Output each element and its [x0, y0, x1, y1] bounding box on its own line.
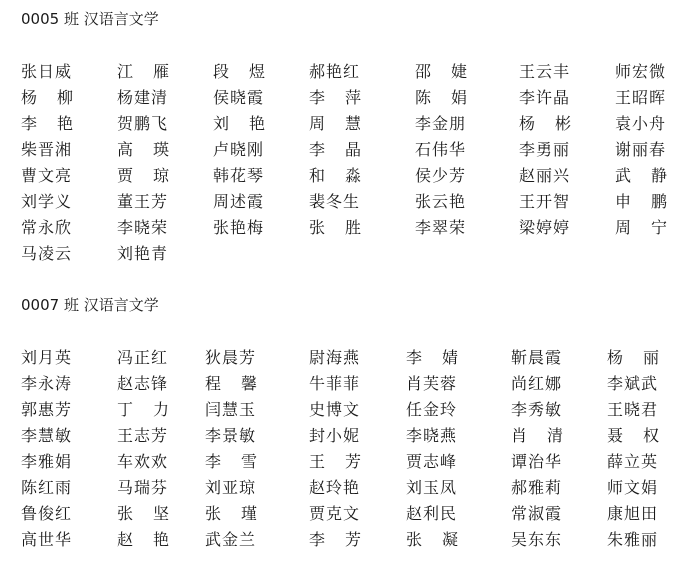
student-name: 高瑛: [117, 137, 169, 163]
student-name: 李雪: [205, 449, 257, 475]
student-name: 杨柳: [21, 85, 73, 111]
name-row: 杨柳杨建清侯晓霞李萍陈娟李许晶王昭晖: [0, 85, 697, 111]
student-name: 狄晨芳: [205, 345, 256, 371]
student-name: 朱雅丽: [607, 527, 658, 553]
student-name: 肖清: [511, 423, 563, 449]
student-name: 吴东东: [511, 527, 562, 553]
student-name: 张坚: [117, 501, 169, 527]
name-row: 刘月英冯正红狄晨芳尉海燕李婧靳晨霞杨丽: [0, 345, 697, 371]
student-name: 贾克文: [309, 501, 360, 527]
student-name: 李萍: [309, 85, 361, 111]
student-name: 陈红雨: [21, 475, 72, 501]
student-name: 申鹏: [615, 189, 667, 215]
section-heading: 0007 班 汉语言文学: [21, 296, 159, 314]
student-name: 尉海燕: [309, 345, 360, 371]
student-name: 李勇丽: [519, 137, 570, 163]
student-name: 李晓燕: [406, 423, 457, 449]
student-name: 郭惠芳: [21, 397, 72, 423]
student-name: 李秀敏: [511, 397, 562, 423]
student-name: 李芳: [309, 527, 361, 553]
student-name: 王芳: [309, 449, 361, 475]
student-name: 李婧: [406, 345, 458, 371]
student-name: 谢丽春: [615, 137, 666, 163]
student-name: 常淑霞: [511, 501, 562, 527]
student-name: 靳晨霞: [511, 345, 562, 371]
student-name: 王开智: [519, 189, 570, 215]
student-name: 侯少芳: [415, 163, 466, 189]
student-name: 杨彬: [519, 111, 571, 137]
student-name: 常永欣: [21, 215, 72, 241]
name-row: 高世华赵艳武金兰李芳张凝吴东东朱雅丽: [0, 527, 697, 553]
name-row: 曹文亮贾琼韩花琴和淼侯少芳赵丽兴武静: [0, 163, 697, 189]
student-name: 侯晓霞: [213, 85, 264, 111]
student-name: 李翠荣: [415, 215, 466, 241]
student-name: 谭治华: [511, 449, 562, 475]
student-name: 杨建清: [117, 85, 168, 111]
student-name: 车欢欢: [117, 449, 168, 475]
student-name: 陈娟: [415, 85, 467, 111]
student-name: 李永涛: [21, 371, 72, 397]
student-name: 薛立英: [607, 449, 658, 475]
student-name: 聂权: [607, 423, 659, 449]
name-row: 李艳贺鹏飞刘艳周慧李金朋杨彬袁小舟: [0, 111, 697, 137]
name-row: 郭惠芳丁力闫慧玉史博文任金玲李秀敏王晓君: [0, 397, 697, 423]
student-name: 刘艳: [213, 111, 265, 137]
student-name: 李雅娟: [21, 449, 72, 475]
student-name: 周慧: [309, 111, 361, 137]
student-name: 马凌云: [21, 241, 72, 267]
student-name: 韩花琴: [213, 163, 264, 189]
student-name: 程馨: [205, 371, 257, 397]
student-name: 张日威: [21, 59, 72, 85]
name-row: 李永涛赵志锋程馨牛菲菲肖芙蓉尚红娜李斌武: [0, 371, 697, 397]
student-name: 赵利民: [406, 501, 457, 527]
name-row: 李雅娟车欢欢李雪王芳贾志峰谭治华薛立英: [0, 449, 697, 475]
name-row: 柴晋湘高瑛卢晓刚李晶石伟华李勇丽谢丽春: [0, 137, 697, 163]
student-name: 王志芳: [117, 423, 168, 449]
student-name: 刘学义: [21, 189, 72, 215]
student-name: 李慧敏: [21, 423, 72, 449]
student-name: 刘艳青: [117, 241, 168, 267]
student-name: 杨丽: [607, 345, 659, 371]
student-name: 李艳: [21, 111, 73, 137]
student-name: 师宏微: [615, 59, 666, 85]
student-name: 李景敏: [205, 423, 256, 449]
student-name: 郝艳红: [309, 59, 360, 85]
student-name: 周述霞: [213, 189, 264, 215]
student-name: 任金玲: [406, 397, 457, 423]
student-name: 张瑾: [205, 501, 257, 527]
student-name: 王云丰: [519, 59, 570, 85]
student-name: 张胜: [309, 215, 361, 241]
student-name: 和淼: [309, 163, 361, 189]
student-name: 梁婷婷: [519, 215, 570, 241]
name-row: 李慧敏王志芳李景敏封小妮李晓燕肖清聂权: [0, 423, 697, 449]
student-name: 江雁: [117, 59, 169, 85]
student-name: 邵婕: [415, 59, 467, 85]
student-name: 裴冬生: [309, 189, 360, 215]
name-row: 刘学义董王芳周述霞裴冬生张云艳王开智申鹏: [0, 189, 697, 215]
student-name: 康旭田: [607, 501, 658, 527]
student-name: 闫慧玉: [205, 397, 256, 423]
student-name: 马瑞芬: [117, 475, 168, 501]
student-name: 师文娟: [607, 475, 658, 501]
section-heading: 0005 班 汉语言文学: [21, 10, 159, 28]
name-row: 张日威江雁段煜郝艳红邵婕王云丰师宏微: [0, 59, 697, 85]
student-name: 王昭晖: [615, 85, 666, 111]
name-row: 陈红雨马瑞芬刘亚琼赵玲艳刘玉凤郝雅莉师文娟: [0, 475, 697, 501]
student-name: 赵志锋: [117, 371, 168, 397]
student-name: 李金朋: [415, 111, 466, 137]
student-name: 史博文: [309, 397, 360, 423]
student-name: 贺鹏飞: [117, 111, 168, 137]
student-name: 王晓君: [607, 397, 658, 423]
student-name: 曹文亮: [21, 163, 72, 189]
student-name: 张云艳: [415, 189, 466, 215]
student-name: 周宁: [615, 215, 667, 241]
student-name: 李斌武: [607, 371, 658, 397]
student-name: 高世华: [21, 527, 72, 553]
name-row: 马凌云刘艳青: [0, 241, 697, 267]
student-name: 武静: [615, 163, 667, 189]
student-name: 刘月英: [21, 345, 72, 371]
student-name: 肖芙蓉: [406, 371, 457, 397]
student-name: 董王芳: [117, 189, 168, 215]
student-name: 牛菲菲: [309, 371, 360, 397]
name-row: 常永欣李晓荣张艳梅张胜李翠荣梁婷婷周宁: [0, 215, 697, 241]
student-name: 刘亚琼: [205, 475, 256, 501]
student-name: 丁力: [117, 397, 169, 423]
student-name: 贾志峰: [406, 449, 457, 475]
student-name: 段煜: [213, 59, 265, 85]
student-name: 张凝: [406, 527, 458, 553]
name-row: 鲁俊红张坚张瑾贾克文赵利民常淑霞康旭田: [0, 501, 697, 527]
student-name: 贾琼: [117, 163, 169, 189]
student-name: 柴晋湘: [21, 137, 72, 163]
student-name: 赵艳: [117, 527, 169, 553]
student-name: 李晶: [309, 137, 361, 163]
student-name: 李许晶: [519, 85, 570, 111]
student-name: 武金兰: [205, 527, 256, 553]
student-name: 冯正红: [117, 345, 168, 371]
student-name: 张艳梅: [213, 215, 264, 241]
student-name: 鲁俊红: [21, 501, 72, 527]
student-name: 卢晓刚: [213, 137, 264, 163]
student-name: 袁小舟: [615, 111, 666, 137]
student-name: 石伟华: [415, 137, 466, 163]
student-name: 封小妮: [309, 423, 360, 449]
student-name: 李晓荣: [117, 215, 168, 241]
student-name: 郝雅莉: [511, 475, 562, 501]
student-name: 赵玲艳: [309, 475, 360, 501]
student-name: 刘玉凤: [406, 475, 457, 501]
student-name: 赵丽兴: [519, 163, 570, 189]
student-name: 尚红娜: [511, 371, 562, 397]
